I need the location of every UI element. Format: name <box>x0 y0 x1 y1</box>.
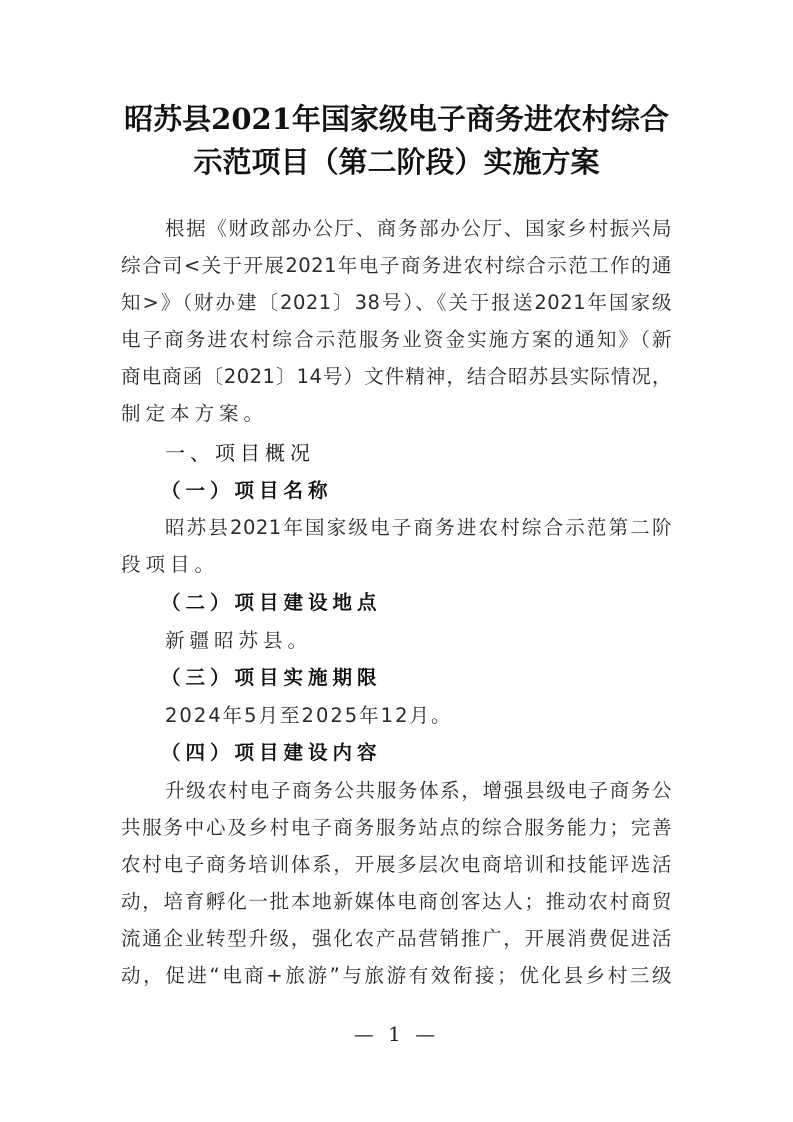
intro-line: 知>》（财办建〔2021〕38号）、《关于报送2021年国家级 <box>121 288 672 318</box>
project-period-text: 2024年5月至2025年12月。 <box>165 701 716 731</box>
section-heading-overview: 一、项目概况 <box>165 438 716 468</box>
document-page: 昭苏县2021年国家级电子商务进农村综合 示范项目（第二阶段）实施方案 根据《财… <box>0 0 793 1122</box>
content-line: 动，促进“电商+旅游”与旅游有效衔接；优化县乡村三级 <box>121 961 672 991</box>
project-name-line: 段项目。 <box>121 550 672 580</box>
intro-line: 根据《财政部办公厅、商务部办公厅、国家乡村振兴局 <box>121 214 672 244</box>
intro-line: 电子商务进农村综合示范服务业资金实施方案的通知》（新 <box>121 325 672 355</box>
subsection-heading-period: （三）项目实施期限 <box>161 663 712 693</box>
content-line: 共服务中心及乡村电子商务服务站点的综合服务能力；完善 <box>121 813 672 843</box>
page-number: — 1 — <box>0 1022 793 1046</box>
subsection-heading-name: （一）项目名称 <box>161 476 712 506</box>
document-title-line-2: 示范项目（第二阶段）实施方案 <box>60 140 733 181</box>
subsection-heading-content: （四）项目建设内容 <box>161 738 712 768</box>
content-line: 流通企业转型升级，强化农产品营销推广，开展消费促进活 <box>121 924 672 954</box>
project-location-text: 新疆昭苏县。 <box>165 626 716 656</box>
subsection-heading-location: （二）项目建设地点 <box>161 588 712 618</box>
intro-line: 综合司<关于开展2021年电子商务进农村综合示范工作的通 <box>121 251 672 281</box>
document-title-line-1: 昭苏县2021年国家级电子商务进农村综合 <box>60 97 733 138</box>
project-name-line: 昭苏县2021年国家级电子商务进农村综合示范第二阶 <box>121 513 672 543</box>
content-line: 动，培育孵化一批本地新媒体电商创客达人；推动农村商贸 <box>121 887 672 917</box>
intro-line: 商电商函〔2021〕14号）文件精神，结合昭苏县实际情况， <box>121 362 672 392</box>
content-line: 农村电子商务培训体系，开展多层次电商培训和技能评选活 <box>121 850 672 880</box>
content-line: 升级农村电子商务公共服务体系，增强县级电子商务公 <box>121 776 672 806</box>
intro-line: 制定本方案。 <box>121 399 672 429</box>
